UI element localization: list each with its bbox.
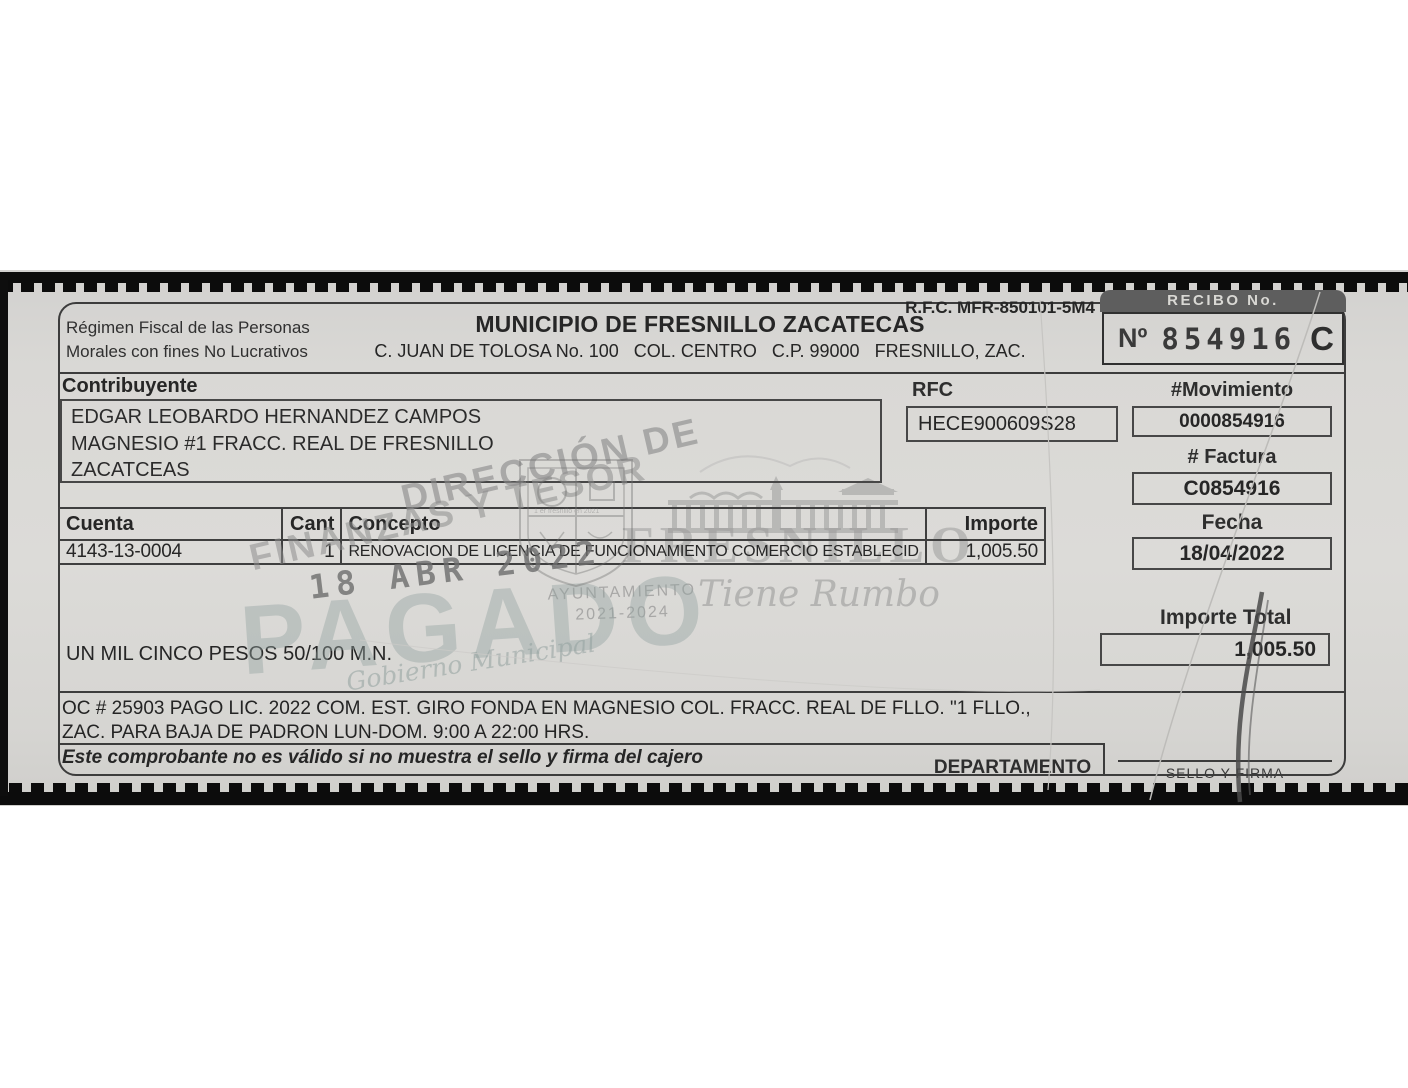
recibo-number-box: Nº 854916 C — [1102, 312, 1344, 365]
concept-table: Cuenta Cant Concepto Importe 4143-13-000… — [58, 507, 1046, 565]
torn-edge-top — [0, 272, 1408, 283]
regimen-fiscal-text: Régimen Fiscal de las Personas Morales c… — [66, 316, 310, 364]
fecha-label: Fecha — [1132, 511, 1332, 535]
departamento-divider — [1103, 743, 1105, 776]
torn-edge-bottom-teeth — [0, 783, 1408, 792]
movimiento-value-box: 0000854916 — [1132, 406, 1332, 437]
contribuyente-address-2: ZACATCEAS — [71, 457, 871, 484]
validity-disclaimer: Este comprobante no es válido si no mues… — [62, 747, 703, 769]
contribuyente-box: EDGAR LEOBARDO HERNANDEZ CAMPOS MAGNESIO… — [60, 399, 882, 483]
municipality-rfc: R.F.C. MFR-850101-5M4 — [850, 298, 1095, 318]
fecha-value-box: 18/04/2022 — [1132, 537, 1332, 570]
payment-note-line-2: ZAC. PARA BAJA DE PADRON LUN-DOM. 9:00 A… — [62, 721, 1062, 745]
concept-table-data-row: 4143-13-0004 1 RENOVACION DE LICENCIA DE… — [59, 540, 1045, 564]
cell-concepto: RENOVACION DE LICENCIA DE FUNCIONAMIENTO… — [341, 540, 925, 564]
sello-firma-line — [1118, 760, 1332, 762]
sello-firma-label: SELLO Y FIRMA — [1125, 765, 1325, 781]
municipality-address: C. JUAN DE TOLOSA No. 100 COL. CENTRO C.… — [350, 341, 1050, 362]
cell-cuenta: 4143-13-0004 — [59, 540, 282, 564]
numero-symbol: Nº — [1118, 323, 1147, 354]
importe-total-label: Importe Total — [1160, 606, 1291, 630]
scan-left-edge — [0, 280, 8, 796]
rfc-value-box: HECE900609S28 — [906, 406, 1118, 442]
recibo-series: C — [1310, 320, 1334, 358]
recibo-number: 854916 — [1147, 322, 1310, 356]
movimiento-label: #Movimiento — [1132, 379, 1332, 402]
contribuyente-name: EDGAR LEOBARDO HERNANDEZ CAMPOS — [71, 404, 871, 431]
torn-edge-bottom — [0, 792, 1408, 805]
validity-separator-line — [58, 743, 1105, 745]
payment-note: OC # 25903 PAGO LIC. 2022 COM. EST. GIRO… — [62, 697, 1062, 745]
cell-importe: 1,005.50 — [926, 540, 1045, 564]
scanned-receipt-page: FRESNILLO Tiene Rumbo Régimen Fiscal de … — [0, 0, 1408, 1088]
regimen-line-1: Régimen Fiscal de las Personas — [66, 316, 310, 340]
contribuyente-address-1: MAGNESIO #1 FRACC. REAL DE FRESNILLO — [71, 431, 871, 458]
header-cuenta: Cuenta — [59, 508, 282, 540]
factura-value-box: C0854916 — [1132, 472, 1332, 505]
rfc-label: RFC — [912, 379, 953, 402]
cell-cant: 1 — [282, 540, 341, 564]
contribuyente-label: Contribuyente — [62, 375, 198, 398]
amount-in-words: UN MIL CINCO PESOS 50/100 M.N. — [66, 643, 392, 666]
concept-table-header-row: Cuenta Cant Concepto Importe — [59, 508, 1045, 540]
departamento-label: DEPARTAMENTO — [930, 757, 1095, 779]
importe-total-box: 1,005.50 — [1100, 633, 1330, 666]
notes-separator-line — [58, 691, 1346, 693]
recibo-no-tab: RECIBO No. — [1100, 290, 1346, 312]
header-cant: Cant — [282, 508, 341, 540]
factura-label: # Factura — [1132, 446, 1332, 469]
header-separator-line — [58, 372, 1346, 374]
payment-note-line-1: OC # 25903 PAGO LIC. 2022 COM. EST. GIRO… — [62, 697, 1062, 721]
header-importe: Importe — [926, 508, 1045, 540]
regimen-line-2: Morales con fines No Lucrativos — [66, 340, 310, 364]
header-concepto: Concepto — [341, 508, 925, 540]
